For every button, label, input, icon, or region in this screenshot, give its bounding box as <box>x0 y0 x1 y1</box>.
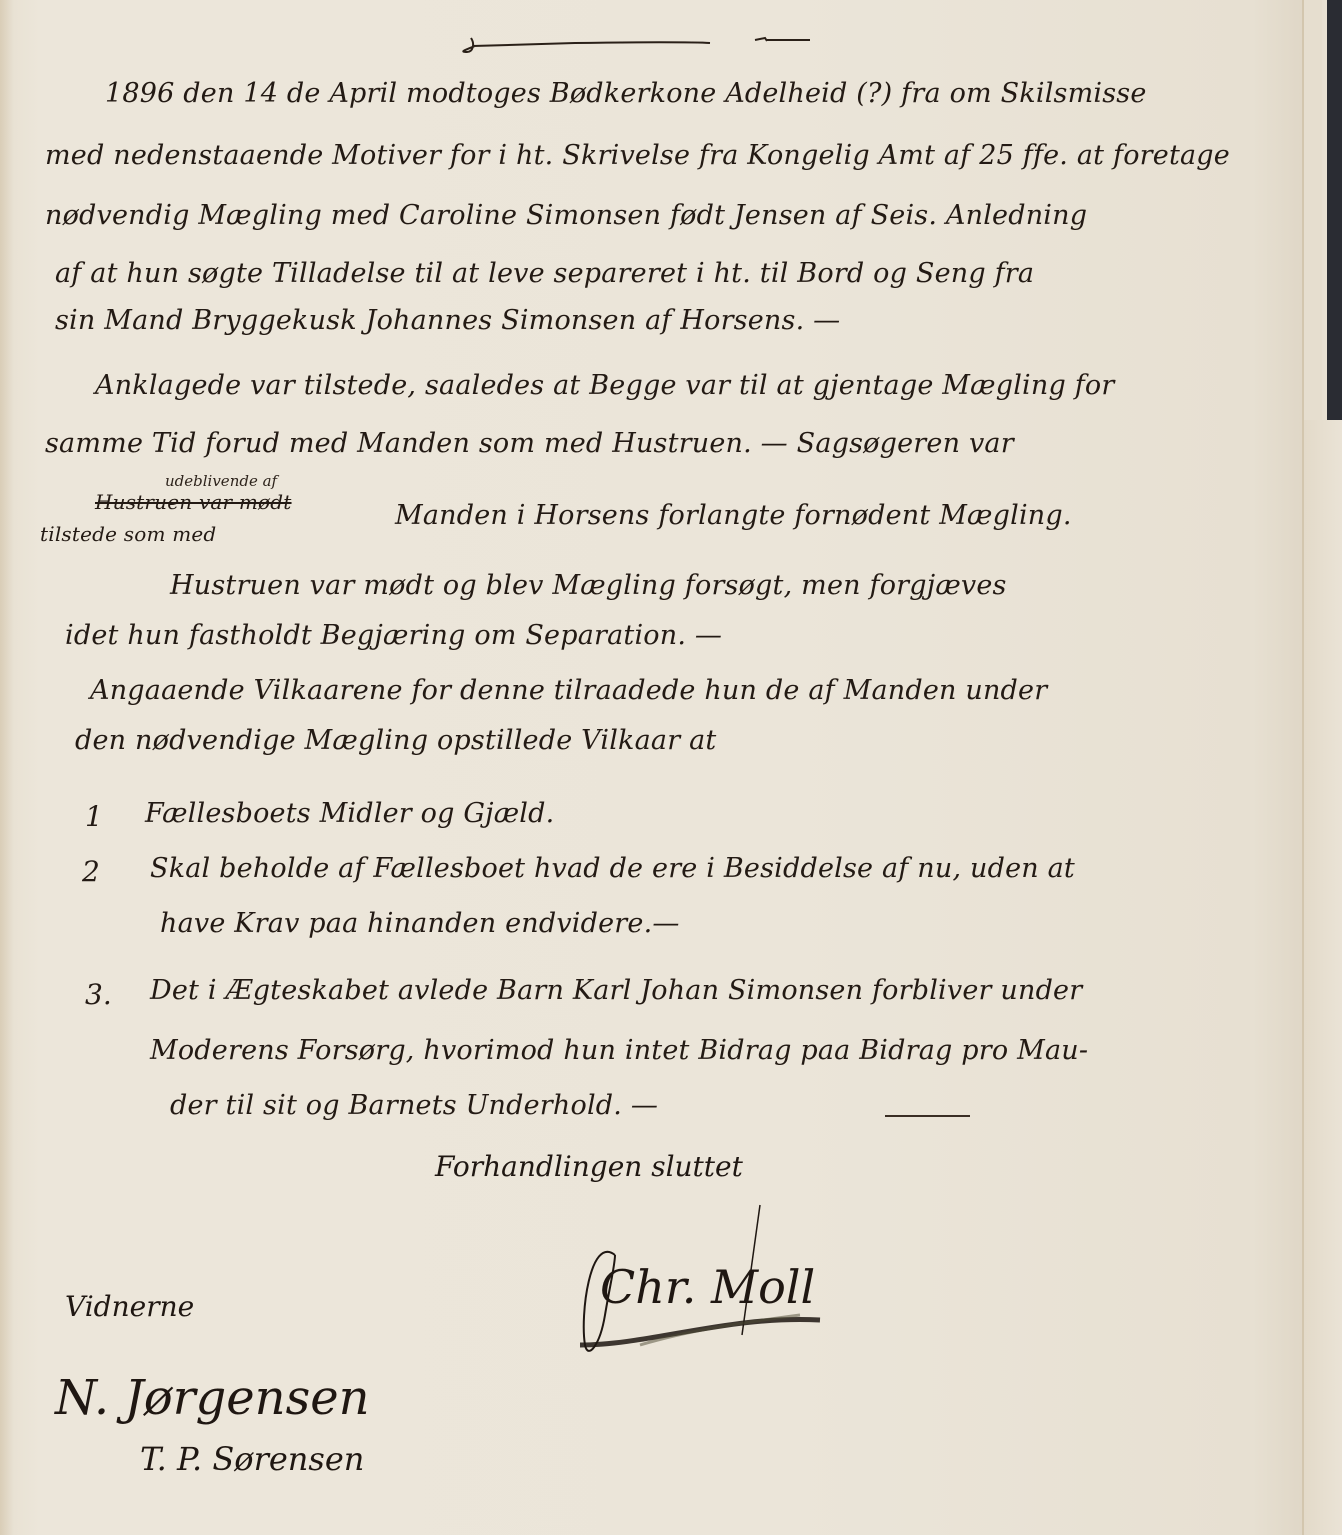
document-page: 1896 den 14 de April modtoges Bødkerkone… <box>0 0 1318 1535</box>
item-3-text-end: der til sit og Barnets Underhold. — <box>170 1090 658 1121</box>
item-3-text: Det i Ægteskabet avlede Barn Karl Johan … <box>150 975 1082 1006</box>
witnesses-label: Vidnerne <box>65 1290 194 1323</box>
text-line-9: Hustruen var mødt og blev Mægling forsøg… <box>170 570 1007 601</box>
witness-signature-2: T. P. Sørensen <box>140 1440 364 1478</box>
closing-rule <box>885 1115 970 1117</box>
closing-statement: Forhandlingen sluttet <box>435 1150 743 1183</box>
item-number-3: 3. <box>85 978 112 1011</box>
header-flourish <box>455 32 815 54</box>
text-line-10: idet hun fastholdt Begjæring om Separati… <box>65 620 722 651</box>
text-line-7: samme Tid forud med Manden som med Hustr… <box>45 428 1014 459</box>
text-line-1: 1896 den 14 de April modtoges Bødkerkone… <box>105 78 1147 109</box>
page-edge-lower <box>1304 420 1342 1535</box>
insertion-note: udeblivende af <box>165 472 277 490</box>
text-line-12: den nødvendige Mægling opstillede Vilkaa… <box>75 725 716 756</box>
text-line-3: nødvendig Mægling med Caroline Simonsen … <box>45 200 1087 231</box>
line-prefix: tilstede som med <box>40 522 216 546</box>
text-line-6: Anklagede var tilstede, saaledes at Begg… <box>95 370 1114 401</box>
item-2-text: Skal beholde af Fællesboet hvad de ere i… <box>150 853 1075 884</box>
struck-text: Hustruen var mødt <box>95 490 292 514</box>
item-3-text-cont: Moderens Forsørg, hvorimod hun intet Bid… <box>150 1035 1088 1066</box>
item-number-2: 2 <box>82 855 100 888</box>
text-line-4: af at hun søgte Tilladelse til at leve s… <box>55 258 1034 289</box>
main-signature: Chr. Moll <box>600 1260 815 1314</box>
text-line-8: Manden i Horsens forlangte fornødent Mæg… <box>395 500 1072 531</box>
witness-signature-1: N. Jørgensen <box>55 1370 370 1426</box>
item-1-text: Fællesboets Midler og Gjæld. <box>145 798 554 829</box>
item-number-1: 1 <box>85 800 103 833</box>
item-2-text-cont: have Krav paa hinanden endvidere.— <box>160 908 680 939</box>
text-line-11: Angaaende Vilkaarene for denne tilraaded… <box>90 675 1047 706</box>
text-line-2: med nedenstaaende Motiver for i ht. Skri… <box>45 140 1230 171</box>
page-edge-tab <box>1304 0 1322 420</box>
text-line-5: sin Mand Bryggekusk Johannes Simonsen af… <box>55 305 840 336</box>
